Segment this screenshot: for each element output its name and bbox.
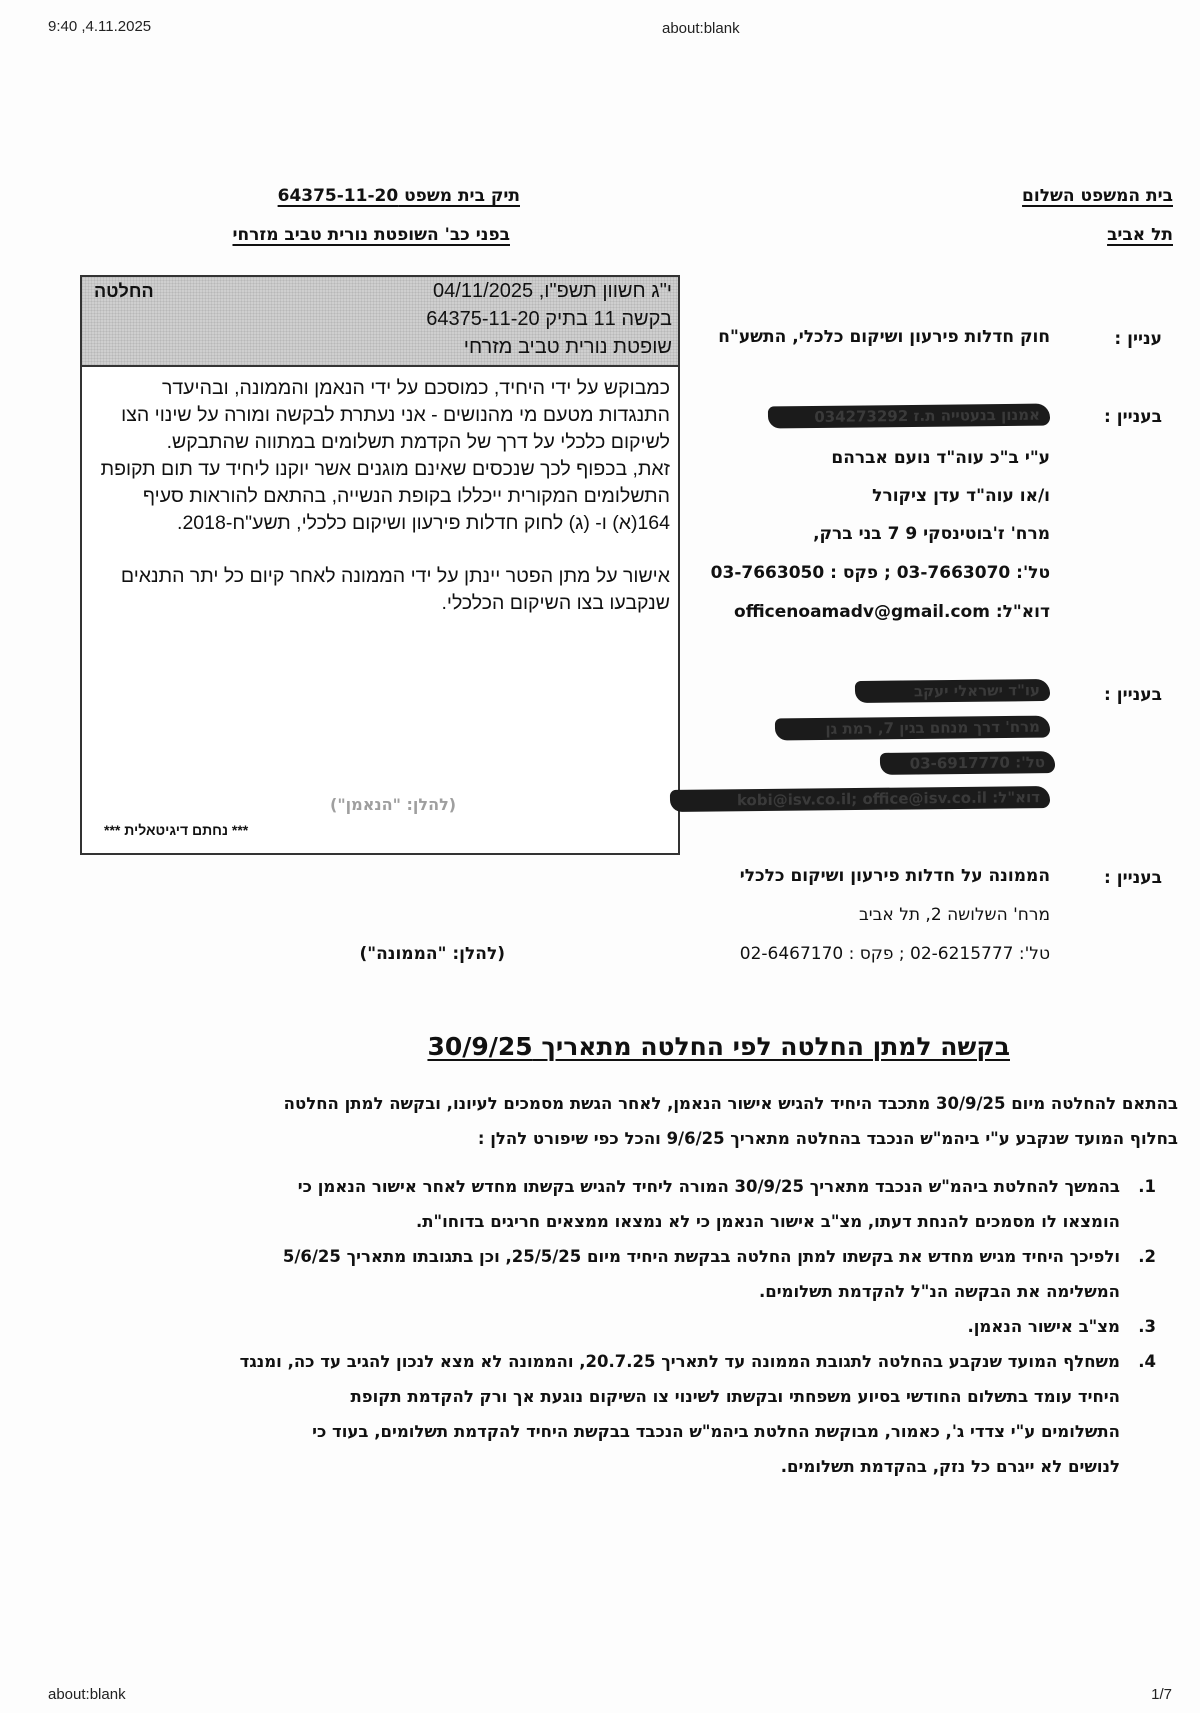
decision-title: החלטה [94, 281, 154, 302]
party-label: עניין : [1114, 329, 1162, 349]
case-number: תיק בית משפט 64375-11-20 [258, 186, 520, 206]
list-item: 3. מצ"ב אישור הנאמן. [120, 1309, 1120, 1344]
party-label: בעניין : [1104, 868, 1162, 888]
intro-line: בחלוף המועד שנקבע ע"י ביהמ"ש הנכבד בהחלט… [138, 1121, 1178, 1156]
print-datetime: 9:40 ,4.11.2025 [48, 18, 151, 35]
item-line: הומצאו לו מסמכים להנחת דעתו, מצ"ב אישור … [120, 1204, 1120, 1239]
item-line: לנושים לא ייגרם כל נזק, בהקדמת תשלומים. [120, 1449, 1120, 1484]
court-city: תל אביב [1107, 225, 1173, 245]
list-item: 1. בהמשך להחלטת ביהמ"ש הנכבד מתאריך 30/9… [120, 1169, 1120, 1239]
redacted-trustee-phone: טל': 03-6917770 [880, 751, 1055, 775]
list-item: 4. משחלף המועד שנקבע בהחלטה לתגובת הממונ… [120, 1344, 1120, 1484]
party-label: בעניין : [1104, 407, 1162, 427]
redacted-debtor-name: אמנון בנעטייה ת.ז 034273292 [768, 404, 1050, 429]
hereafter-trustee: (להלן: "הנאמן") [330, 795, 456, 814]
print-url: about:blank [662, 20, 740, 37]
digital-signature: *** נחתם דיגיטאלית *** [104, 822, 248, 838]
debtor-address: מרח' ז'בוטינסקי 9 7 בני ברק, [813, 524, 1050, 544]
party-label: בעניין : [1104, 685, 1162, 705]
debtor-lawyer: ע"י ב"כ עוה"ד נועם אברהם [831, 448, 1050, 468]
decision-paragraph: אישור על מתן הפטר יינתן על ידי הממונה לא… [90, 563, 670, 617]
decision-header: החלטה י"ג חשוון תשפ"ו, 04/11/2025 בקשה 1… [82, 277, 678, 367]
decision-paragraph: כמבוקש על ידי היחיד, כמוסכם על ידי הנאמן… [90, 375, 670, 456]
law-name: חוק חדלות פירעון ושיקום כלכלי, התשע"ח [570, 327, 1050, 347]
decision-paragraph: זאת, בכפוף לכך שנכסים שאינם מוגנים אשר י… [90, 456, 670, 537]
item-line: ולפיכך היחיד מגיש מחדש את בקשתו למתן החל… [120, 1239, 1120, 1274]
decision-box: החלטה י"ג חשוון תשפ"ו, 04/11/2025 בקשה 1… [80, 275, 680, 855]
item-line: מצ"ב אישור הנאמן. [120, 1309, 1120, 1344]
redacted-trustee-name: עו"ד ישראלי יעקב [855, 679, 1050, 703]
hereafter-receiver: (להלן: "הממונה") [335, 944, 505, 964]
decision-date: י"ג חשוון תשפ"ו, 04/11/2025 [433, 280, 672, 303]
item-line: התשלומים ע"י צדדי ג', כאמור, מבוקשת החלט… [120, 1414, 1120, 1449]
item-number: 2. [1138, 1239, 1156, 1274]
page-number: 1/7 [1151, 1686, 1172, 1703]
official-receiver-address: מרח' השלושה 2, תל אביב [859, 905, 1050, 925]
redacted-trustee-email: דוא"ל: kobi@isv.co.il; office@isv.co.il [670, 786, 1050, 812]
list-item: 2. ולפיכך היחיד מגיש מחדש את בקשתו למתן … [120, 1239, 1120, 1309]
item-line: המשלימה את הבקשה הנ"ל להקדמת תשלומים. [120, 1274, 1120, 1309]
debtor-lawyer-2: ו/או עוה"ד עדן ציקורל [872, 486, 1050, 506]
decision-body: כמבוקש על ידי היחיד, כמוסכם על ידי הנאמן… [82, 367, 678, 617]
item-line: משחלף המועד שנקבע בהחלטה לתגובת הממונה ע… [120, 1344, 1120, 1379]
debtor-email: דוא"ל: officenoamadv@gmail.com [734, 602, 1050, 622]
official-receiver-phone: טל': 02-6215777 ; פקס : 02-6467170 [740, 944, 1050, 964]
item-number: 1. [1138, 1169, 1156, 1204]
item-line: בהמשך להחלטת ביהמ"ש הנכבד מתאריך 30/9/25… [120, 1169, 1120, 1204]
item-line: היחיד עומד בתשלום החודשי בסיוע משפחתי וב… [120, 1379, 1120, 1414]
official-receiver-name: הממונה על חדלות פירעון ושיקום כלכלי [740, 866, 1050, 886]
redacted-trustee-address: מרח' דרך מנחם בגין 7, רמת גן [775, 716, 1050, 741]
request-title: בקשה למתן החלטה לפי החלטה מתאריך 30/9/25 [310, 1032, 1010, 1061]
item-number: 3. [1138, 1309, 1156, 1344]
request-items: 1. בהמשך להחלטת ביהמ"ש הנכבד מתאריך 30/9… [120, 1169, 1120, 1484]
debtor-phone: טל': 03-7663070 ; פקס : 03-7663050 [711, 563, 1050, 583]
item-number: 4. [1138, 1344, 1156, 1379]
intro-line: בהתאם להחלטה מיום 30/9/25 מתכבד היחיד לה… [138, 1086, 1178, 1121]
court-name: בית המשפט השלום [1022, 186, 1173, 206]
footer-url: about:blank [48, 1686, 126, 1703]
request-intro: בהתאם להחלטה מיום 30/9/25 מתכבד היחיד לה… [138, 1086, 1178, 1156]
judge-line: בפני כב' השופטת נורית טביב מזרחי [190, 225, 510, 245]
